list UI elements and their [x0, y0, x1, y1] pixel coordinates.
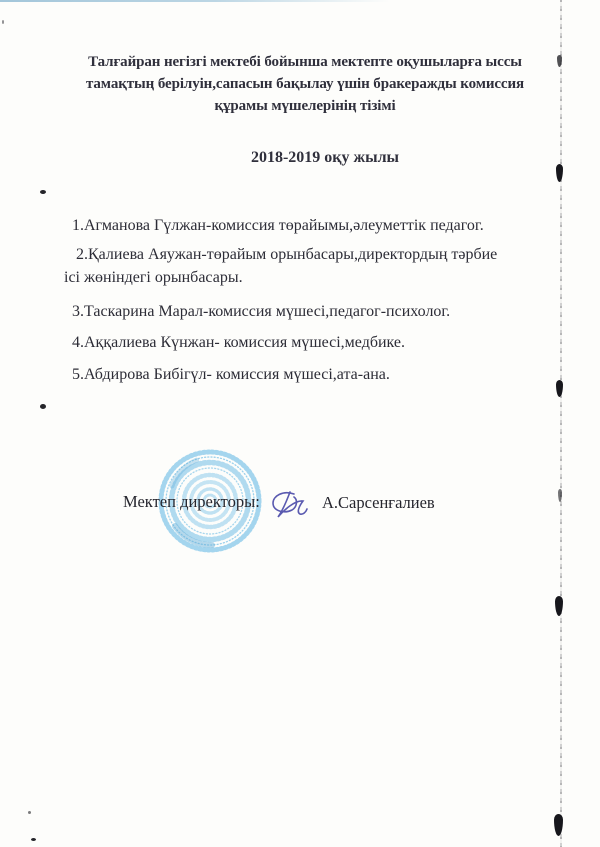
scan-speck: [40, 404, 46, 409]
scan-speck: [31, 838, 36, 841]
document-title-line: тамақтың берілуін,сапасын бақылау үшін б…: [70, 73, 540, 95]
scan-speck: [40, 190, 46, 194]
commission-member-line: 3.Таскарина Марал-комиссия мүшесі,педаго…: [64, 300, 450, 323]
director-label: Мектеп директоры:: [123, 492, 260, 512]
document-title-line: Талғайран негізгі мектебі бойынша мектеп…: [70, 51, 540, 73]
scan-edge-right-line: [560, 0, 562, 847]
commission-member-line: 2.Қалиева Аяужан-төрайым орынбасары,дире…: [64, 243, 497, 266]
document-title-line: құрамы мүшелерінің тізімі: [70, 95, 540, 117]
commission-member-line: 4.Аққалиева Күнжан- комиссия мүшесі,медб…: [64, 331, 405, 354]
scanned-document-page: Талғайран негізгі мектебі бойынша мектеп…: [0, 0, 600, 847]
scan-speck: [2, 20, 4, 24]
school-year: 2018-2019 оқу жылы: [0, 149, 600, 167]
director-name: А.Сарсенғалиев: [322, 493, 435, 513]
scan-speck: [28, 811, 31, 814]
document-title: Талғайран негізгі мектебі бойынша мектеп…: [70, 51, 540, 117]
director-signature-icon: [267, 487, 313, 523]
scan-edge-top-line: [0, 0, 390, 2]
commission-member-line: ісі жөніндегі орынбасары.: [64, 266, 243, 289]
commission-member-line: 5.Абдирова Бибігүл- комиссия мүшесі,ата-…: [64, 363, 390, 386]
commission-member-line: 1.Агманова Гүлжан-комиссия төрайымы,әлеу…: [64, 214, 484, 237]
